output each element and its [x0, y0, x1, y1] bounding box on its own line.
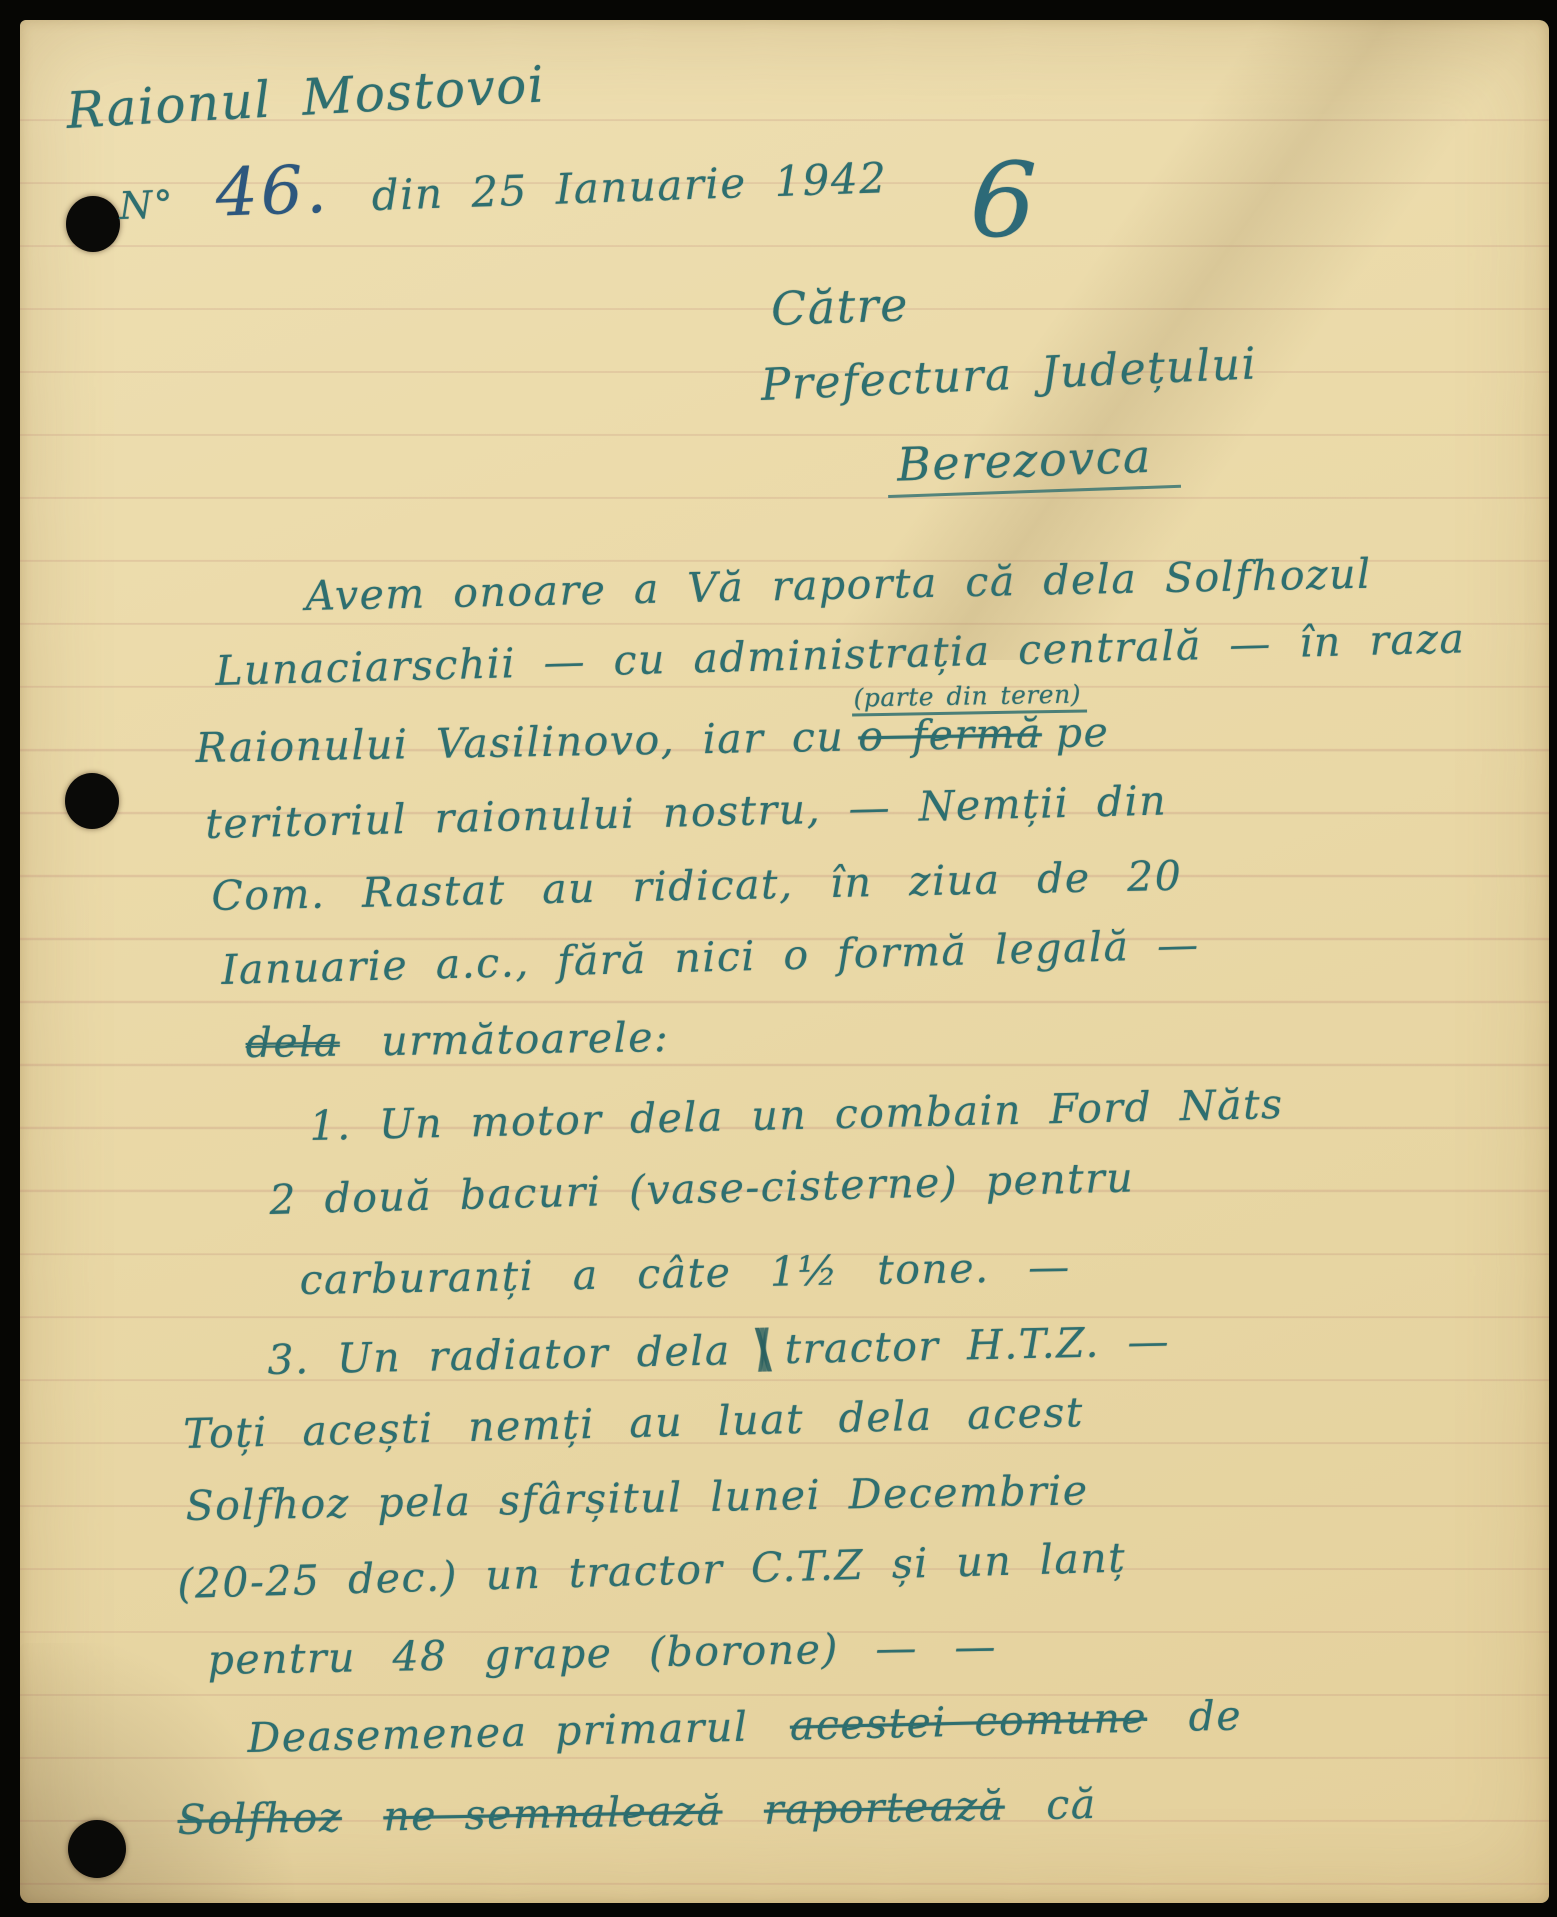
struck-text: acestei comune — [789, 1694, 1147, 1750]
doc-number: 46. — [214, 151, 331, 232]
body-line-2: Lunaciarschii — cu administrația central… — [215, 614, 1466, 695]
body-line-17-suffix: că — [1046, 1780, 1097, 1829]
body-line-7-text: următoarele: — [381, 1013, 670, 1065]
struck-text: Solfhoz — [177, 1793, 342, 1844]
body-line-1: Avem onoare a Vă raporta că dela Solfhoz… — [305, 550, 1372, 620]
location-name: Berezovca — [886, 428, 1181, 498]
struck-text: dela — [245, 1018, 340, 1067]
body-line-7: dela următoarele: — [245, 1013, 683, 1067]
interline-insertion: (parte din teren) — [851, 679, 1087, 716]
page-number: 6 — [968, 138, 1040, 262]
list-item-2: 2 două bacuri (vase-cisterne) pentru — [269, 1153, 1135, 1224]
body-line-17: Solfhoz ne semnalează raportează că — [177, 1780, 1111, 1844]
list-item-2-continued: carburanți a câte 1½ tone. — — [299, 1243, 1071, 1304]
struck-text: ne semnalează — [383, 1786, 723, 1840]
header-office: Raionul Mostovoi — [65, 55, 547, 140]
body-line-16-suffix: de — [1188, 1691, 1243, 1740]
doc-date: din 25 Ianuarie 1942 — [371, 153, 888, 220]
body-line-3: Raionului Vasilinovo, iar cuo fermă(part… — [195, 708, 1124, 772]
body-line-4: teritoriul raionului nostru, — Nemții di… — [205, 777, 1168, 848]
paper-sheet: Raionul Mostovoi N° 46. din 25 Ianuarie … — [20, 20, 1549, 1903]
body-line-3-text: Raionului Vasilinovo, iar cu — [195, 713, 845, 772]
body-line-16-prefix: Deasemenea primarul — [247, 1703, 749, 1762]
struck-text: o fermă — [858, 709, 1042, 760]
body-line-16: Deasemenea primarul acestei comune de — [247, 1691, 1257, 1762]
ink-blot — [746, 1327, 781, 1372]
scanned-document: { "document": { "page_number": "6", "hea… — [0, 0, 1557, 1917]
body-line-3-suffix: pe — [1055, 708, 1109, 757]
list-item-3-prefix: 3. Un radiator dela — [267, 1326, 731, 1384]
punch-hole-top — [66, 196, 120, 252]
list-item-3: 3. Un radiator delatractor H.T.Z. — — [267, 1317, 1184, 1384]
list-item-3-suffix: tractor H.T.Z. — — [784, 1317, 1170, 1373]
body-line-6: Ianuarie a.c., fără nici o formă legală … — [221, 920, 1200, 994]
body-line-14: (20-25 dec.) un tractor C.T.Z și un lanț — [177, 1534, 1127, 1608]
punch-hole-middle — [65, 773, 119, 829]
doc-number-prefix: N° — [118, 182, 175, 228]
body-line-5: Com. Rastat au ridicat, în ziua de 20 — [211, 852, 1183, 920]
punch-hole-bottom — [68, 1820, 126, 1878]
list-item-1: 1. Un motor dela un combain Ford Năts — [309, 1080, 1284, 1150]
body-line-13: Solfhoz pela sfârșitul lunei Decembrie — [185, 1466, 1089, 1530]
struck-text: raportează — [764, 1782, 1006, 1834]
salutation-line: Către — [770, 277, 910, 336]
doc-number-line: N° 46. din 25 Ianuarie 1942 — [117, 131, 902, 235]
body-line-12: Toți acești nemți au luat dela acest — [183, 1388, 1085, 1458]
location-line: Berezovca — [886, 428, 1181, 492]
recipient-line: Prefectura Județului — [760, 338, 1258, 411]
body-line-15: pentru 48 grape (borone) — — — [207, 1622, 997, 1684]
